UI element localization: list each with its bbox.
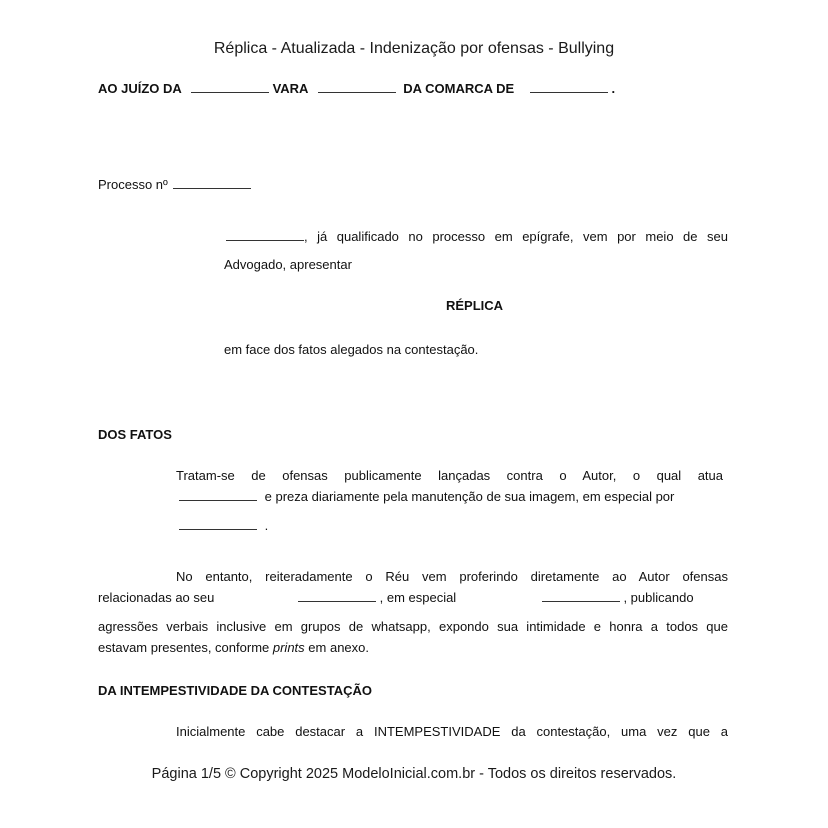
fatos-p2-text-4a: estavam presentes, conforme — [98, 640, 269, 655]
intempestividade-p1-line-1: Inicialmente cabe destacar a INTEMPESTIV… — [176, 724, 728, 739]
court-end: . — [611, 81, 615, 96]
court-address-line: AO JUÍZO DA VARA DA COMARCA DE . — [98, 81, 615, 96]
fatos-p2-text-4-italic: prints — [273, 640, 305, 655]
section-heading-fatos: DOS FATOS — [98, 427, 172, 442]
blank-field-em-especial — [542, 591, 620, 602]
section-heading-intempestividade: DA INTEMPESTIVIDADE DA CONTESTAÇÃO — [98, 683, 372, 698]
blank-field-atuacao — [179, 490, 257, 501]
fatos-p2-line-1: No entanto, reiteradamente o Réu vem pro… — [176, 569, 728, 584]
fatos-p2-text-2b: , em especial — [380, 590, 457, 605]
processo-line: Processo nº — [98, 177, 251, 192]
blank-field-comarca — [530, 82, 608, 93]
fatos-p2-text-4b: em anexo. — [308, 640, 369, 655]
court-prefix: AO JUÍZO DA — [98, 81, 181, 96]
blank-field-party — [226, 230, 304, 241]
blank-field-vara — [318, 82, 396, 93]
court-comarca: DA COMARCA DE — [403, 81, 514, 96]
blank-field-seu — [298, 591, 376, 602]
intro-text-1: , já qualificado no processo em epígrafe… — [304, 229, 728, 244]
fatos-p2-line-2: relacionadas ao seu , em especial , publ… — [98, 590, 728, 605]
court-vara: VARA — [273, 81, 308, 96]
document-title: Réplica - Atualizada - Indenização por o… — [0, 40, 828, 58]
blank-field-processo — [173, 178, 251, 189]
fatos-p2-line-4: estavam presentes, conforme prints em an… — [98, 640, 369, 655]
intro-line-1: , já qualificado no processo em epígrafe… — [226, 229, 728, 244]
fatos-p2-line-3: agressões verbais inclusive em grupos de… — [98, 619, 728, 634]
fatos-p1-line-1: Tratam-se de ofensas publicamente lançad… — [176, 468, 723, 483]
fatos-p1-text-2: e preza diariamente pela manutenção de s… — [265, 489, 675, 504]
fatos-p2-text-2a: relacionadas ao seu — [98, 590, 214, 605]
fatos-p1-line-2: e preza diariamente pela manutenção de s… — [179, 489, 674, 504]
fatos-p1-line-3: . — [179, 518, 268, 533]
face-line: em face dos fatos alegados na contestaçã… — [224, 342, 478, 357]
fatos-p2-text-2c: , publicando — [623, 590, 693, 605]
blank-field-juizo — [191, 82, 269, 93]
intro-line-2: Advogado, apresentar — [224, 257, 352, 272]
processo-label: Processo nº — [98, 177, 168, 192]
blank-field-especial — [179, 519, 257, 530]
page-footer: Página 1/5 © Copyright 2025 ModeloInicia… — [0, 766, 828, 782]
replica-heading: RÉPLICA — [446, 298, 503, 313]
fatos-p1-text-3: . — [265, 518, 269, 533]
